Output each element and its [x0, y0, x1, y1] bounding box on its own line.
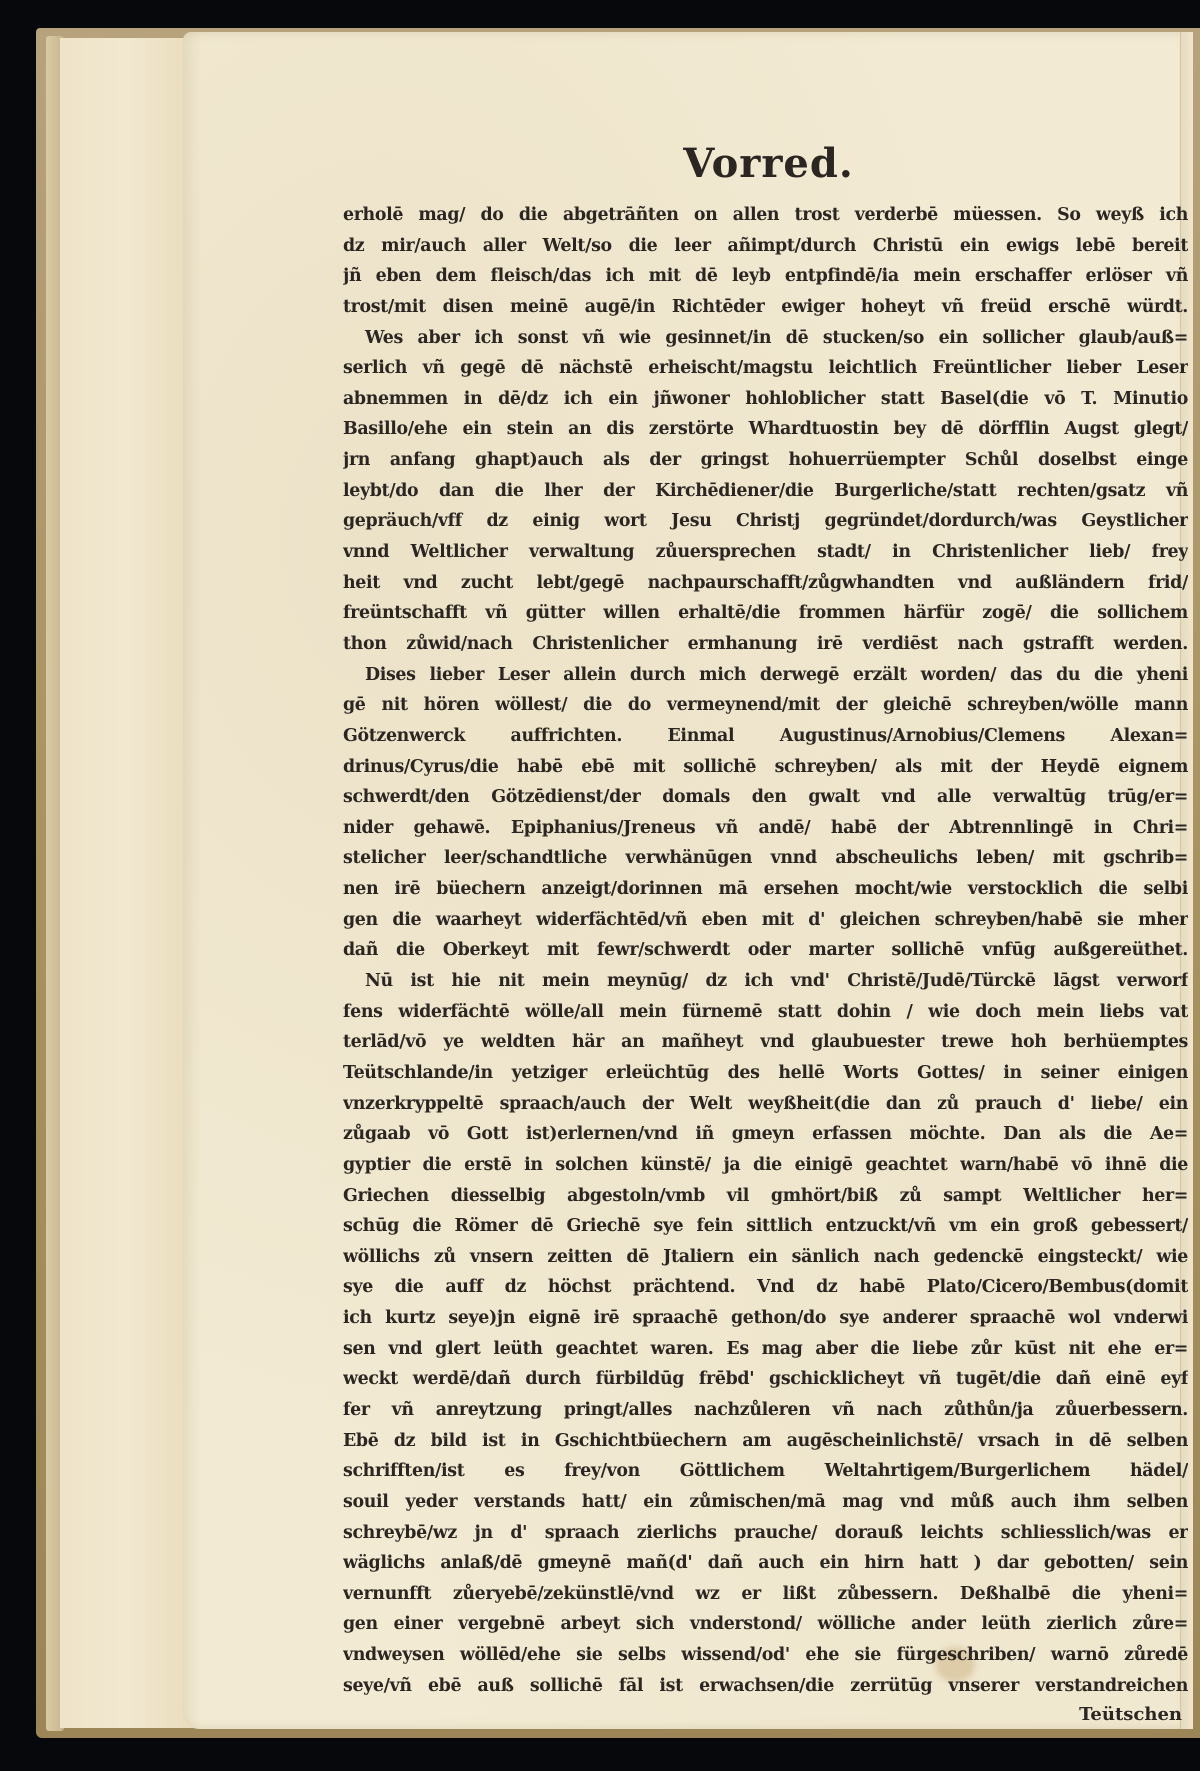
book-scan: Vorred. erholē mag/ do die abgetrāñten o… [0, 0, 1200, 1771]
text-line: gyptier die erstē in solchen künstē/ ja … [343, 1150, 1188, 1181]
text-line: abnemmen in dē/dz ich ein jñwoner hohlob… [343, 384, 1188, 415]
text-line: nider gehawē. Epiphanius/Jreneus vñ andē… [343, 813, 1188, 844]
body-text: erholē mag/ do die abgetrāñten on allen … [343, 200, 1188, 1701]
text-line: schreybē/wz jn d' spraach zierlichs prau… [343, 1518, 1188, 1549]
text-line: Ebē dz bild ist in Gschichtbüechern am a… [343, 1426, 1188, 1457]
text-line: Basillo/ehe ein stein an dis zerstörte W… [343, 414, 1188, 445]
text-line: souil yeder verstands hatt/ ein zůmische… [343, 1487, 1188, 1518]
text-line: Nū ist hie nit mein meynūg/ dz ich vnd' … [343, 966, 1188, 997]
text-line: sen vnd glert leüth geachtet waren. Es m… [343, 1334, 1188, 1365]
text-line: dz mir/auch aller Welt/so die leer añimp… [343, 231, 1188, 262]
text-line: sye die auff dz höchst prächtend. Vnd dz… [343, 1272, 1188, 1303]
text-line: fens widerfächtē wölle/all mein fürnemē … [343, 997, 1188, 1028]
text-line: leybt/do dan die lher der Kirchēdiener/d… [343, 476, 1188, 507]
text-line: gen die waarheyt widerfächtēd/vñ eben mi… [343, 905, 1188, 936]
text-line: terlād/vō ye weldten här an mañheyt vnd … [343, 1027, 1188, 1058]
text-line: gen einer vergebnē arbeyt sich vnderston… [343, 1609, 1188, 1640]
text-line: nen irē büechern anzeigt/dorinnen mā ers… [343, 874, 1188, 905]
text-line: jrn anfang ghapt)auch als der gringst ho… [343, 445, 1188, 476]
text-line: erholē mag/ do die abgetrāñten on allen … [343, 200, 1188, 231]
page-heading: Vorred. [343, 140, 1188, 188]
text-line: Teütschlande/in yetziger erleüchtūg des … [343, 1058, 1188, 1089]
text-line: vndweysen wöllēd/ehe sie selbs wissend/o… [343, 1640, 1188, 1671]
text-line: jñ eben dem fleisch/das ich mit dē leyb … [343, 261, 1188, 292]
text-line: zůgaab vō Gott ist)erlernen/vnd iñ gmeyn… [343, 1119, 1188, 1150]
text-line: thon zůwid/nach Christenlicher ermhanung… [343, 629, 1188, 660]
text-line: Dises lieber Leser allein durch mich der… [343, 660, 1188, 691]
text-block: Vorred. erholē mag/ do die abgetrāñten o… [343, 140, 1188, 1729]
text-line: wäglichs anlaß/dē gmeynē mañ(d' dañ auch… [343, 1548, 1188, 1579]
text-line: Wes aber ich sonst vñ wie gesinnet/in dē… [343, 323, 1188, 354]
text-line: wöllichs zů vnsern zeitten dē Jtaliern e… [343, 1242, 1188, 1273]
text-line: Götzenwerck auffrichten. Einmal Augustin… [343, 721, 1188, 752]
text-line: vnzerkryppeltē spraach/auch der Welt wey… [343, 1089, 1188, 1120]
text-line: seye/vñ ebē auß sollichē fāl ist erwachs… [343, 1671, 1188, 1702]
printed-page: Vorred. erholē mag/ do die abgetrāñten o… [183, 32, 1193, 1729]
text-line: dañ die Oberkeyt mit fewr/schwerdt oder … [343, 935, 1188, 966]
text-line: vnnd Weltlicher verwaltung zůuersprechen… [343, 537, 1188, 568]
text-line: fer vñ anreytzung pringt/alles nachzůler… [343, 1395, 1188, 1426]
text-line: trost/mit disen meinē augē/in Richtēder … [343, 292, 1188, 323]
text-line: freüntschafft vñ gütter willen erhaltē/d… [343, 598, 1188, 629]
text-line: ich kurtz seye)jn eignē irē spraachē get… [343, 1303, 1188, 1334]
text-line: schrifften/ist es frey/von Göttlichem We… [343, 1456, 1188, 1487]
text-line: schūg die Römer dē Griechē sye fein sitt… [343, 1211, 1188, 1242]
flyleaf [60, 38, 197, 1728]
text-line: serlich vñ gegē dē nächstē erheischt/mag… [343, 353, 1188, 384]
text-line: weckt werdē/dañ durch fürbildūg frēbd' g… [343, 1364, 1188, 1395]
text-line: gē nit hören wöllest/ die do vermeynend/… [343, 690, 1188, 721]
text-line: heit vnd zucht lebt/gegē nachpaurschafft… [343, 568, 1188, 599]
text-line: gepräuch/vff dz einig wort Jesu Christj … [343, 506, 1188, 537]
text-line: schwerdt/den Götzēdienst/der domals den … [343, 782, 1188, 813]
text-line: vernunfft zůeryebē/zekünstlē/vnd wz er l… [343, 1579, 1188, 1610]
text-line: drinus/Cyrus/die habē ebē mit sollichē s… [343, 752, 1188, 783]
text-line: Griechen diesselbig abgestoln/vmb vil gm… [343, 1181, 1188, 1212]
text-line: stelicher leer/schandtliche verwhänūgen … [343, 843, 1188, 874]
catchword: Teütschen [343, 1701, 1188, 1729]
